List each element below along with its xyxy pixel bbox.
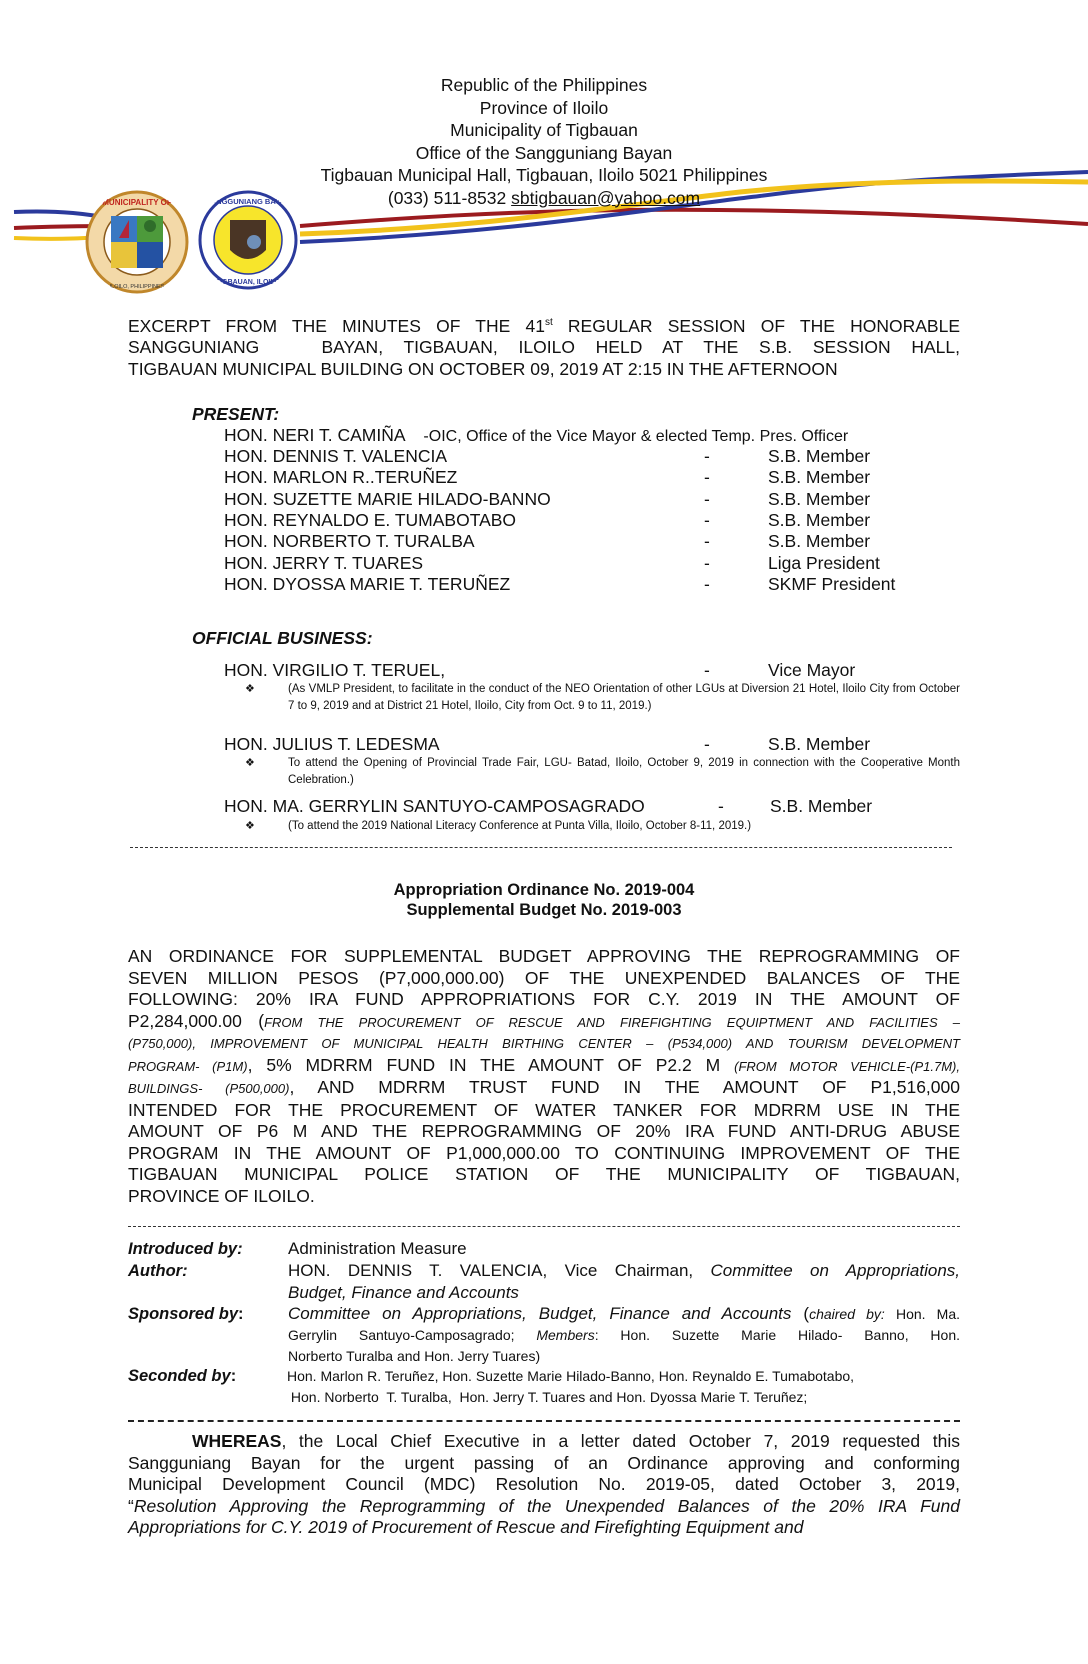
dashed-divider [128, 1420, 960, 1422]
excerpt-text: EXCERPT FROM THE MINUTES OF THE 41 [128, 316, 545, 336]
official-business-row: HON. JULIUS T. LEDESMA - S.B. Member [224, 734, 440, 755]
attendee-name: HON. DYOSSA MARIE T. TERUÑEZ [224, 574, 510, 594]
excerpt-heading: EXCERPT FROM THE MINUTES OF THE 41st REG… [128, 312, 960, 380]
separator-dash: - [704, 734, 710, 755]
official-business-row: HON. MA. GERRYLIN SANTUYO-CAMPOSAGRADO -… [224, 796, 645, 817]
attendee-row: HON. DENNIS T. VALENCIA-S.B. Member [224, 446, 447, 467]
attendee-name: HON. JERRY T. TUARES [224, 553, 423, 573]
note-text: (To attend the 2019 National Literacy Co… [288, 818, 960, 835]
ordinance-line: FOLLOWING: 20% IRA FUND APPROPRIATIONS F… [128, 989, 960, 1011]
separator-dash: - [704, 467, 710, 488]
member-name: HON. JULIUS T. LEDESMA [224, 734, 440, 754]
ordinance-note: BUILDINGS- (P500,000) [128, 1081, 289, 1096]
svg-text:TIGBAUAN, ILOILO: TIGBAUAN, ILOILO [216, 279, 281, 286]
separator-dash: - [718, 796, 724, 817]
attendee-name: HON. REYNALDO E. TUMABOTABO [224, 510, 516, 530]
letterhead: Republic of the Philippines Province of … [0, 74, 1088, 209]
ordinance-text: P2,284,000.00 ( [128, 1011, 264, 1031]
ordinance-line: AMOUNT OF P6 M AND THE REPROGRAMMING OF … [128, 1121, 960, 1143]
official-business-note: ❖ (As VMLP President, to facilitate in t… [248, 681, 960, 715]
attendee-role: SKMF President [768, 574, 895, 595]
author-name: HON. DENNIS T. VALENCIA, Vice Chairman, [288, 1261, 710, 1280]
diamond-bullet-icon: ❖ [245, 818, 255, 835]
attendee-role: Liga President [768, 553, 880, 574]
attendee-name: HON. SUZETTE MARIE HILADO-BANNO [224, 489, 551, 509]
separator-dash: - [704, 574, 710, 595]
ordinance-note: PROGRAM- (P1M) [128, 1059, 248, 1074]
contact-line: (033) 511-8532 sbtigbauan@yahoo.com [0, 187, 1088, 210]
attendee-role: S.B. Member [768, 467, 870, 488]
email-link[interactable]: sbtigbauan@yahoo.com [511, 188, 700, 208]
author-label: Author: [128, 1262, 188, 1281]
ordinance-line: PROGRAM- (P1M), 5% MDRRM FUND IN THE AMO… [128, 1055, 960, 1078]
attendee-role: S.B. Member [768, 446, 870, 467]
dashed-divider [128, 1226, 960, 1227]
ordinance-line: AN ORDINANCE FOR SUPPLEMENTAL BUDGET APP… [128, 946, 960, 968]
attendee-role: S.B. Member [768, 510, 870, 531]
letterhead-line: Tigbauan Municipal Hall, Tigbauan, Iloil… [0, 164, 1088, 187]
attendee-row: HON. DYOSSA MARIE T. TERUÑEZ-SKMF Presid… [224, 574, 510, 595]
attendee-row: HON. MARLON R..TERUÑEZ-S.B. Member [224, 467, 457, 488]
ordinance-text: , AND MDRRM TRUST FUND IN THE AMOUNT OF … [289, 1077, 960, 1097]
attendee-name: HON. DENNIS T. VALENCIA [224, 446, 447, 466]
note-text: (As VMLP President, to facilitate in the… [288, 681, 960, 715]
separator-dash: - [704, 660, 710, 681]
present-heading: PRESENT: [192, 404, 279, 425]
excerpt-text: TIGBAUAN MUNICIPAL BUILDING ON OCTOBER 0… [128, 359, 960, 381]
attendee-row: HON. SUZETTE MARIE HILADO-BANNO-S.B. Mem… [224, 489, 551, 510]
official-business-note: ❖ (To attend the 2019 National Literacy … [248, 818, 960, 835]
attendee-name: HON. MARLON R..TERUÑEZ [224, 467, 457, 487]
member-role: S.B. Member [768, 734, 870, 755]
ordinance-text: , 5% MDRRM FUND IN THE AMOUNT OF P2.2 M [248, 1055, 721, 1075]
attendee-row: HON. NERI T. CAMIÑA -OIC, Office of the … [224, 425, 848, 446]
separator-dash: - [704, 531, 710, 552]
phone-number: (033) 511-8532 [388, 188, 506, 208]
letterhead-line: Office of the Sangguniang Bayan [0, 142, 1088, 165]
ordinance-line: INTENDED FOR THE PROCUREMENT OF WATER TA… [128, 1100, 960, 1122]
ordinance-title: Appropriation Ordinance No. 2019-004 [0, 880, 1088, 900]
attendee-role: S.B. Member [768, 489, 870, 510]
ordinance-line: BUILDINGS- (P500,000), AND MDRRM TRUST F… [128, 1077, 960, 1100]
committee-name: Committee on Appropriations, [710, 1261, 960, 1280]
excerpt-text: SANGGUNIANG BAYAN, TIGBAUAN, ILOILO HELD… [128, 337, 960, 359]
member-name: HON. VIRGILIO T. TERUEL, [224, 660, 445, 680]
ordinance-note: FROM THE PROCUREMENT OF RESCUE AND FIREF… [264, 1015, 960, 1030]
note-text: To attend the Opening of Provincial Trad… [288, 755, 960, 789]
letterhead-line: Republic of the Philippines [0, 74, 1088, 97]
attendee-name: HON. NERI T. CAMIÑA [224, 425, 405, 445]
ordinance-line: PROVINCE OF ILOILO. [128, 1186, 960, 1208]
seconded-by-label: Seconded by: [128, 1367, 236, 1386]
member-name: HON. MA. GERRYLIN SANTUYO-CAMPOSAGRADO [224, 796, 645, 816]
whereas-clause: WHEREAS, the Local Chief Executive in a … [128, 1431, 960, 1539]
attendee-row: HON. JERRY T. TUARES-Liga President [224, 553, 423, 574]
official-business-row: HON. VIRGILIO T. TERUEL, - Vice Mayor [224, 660, 445, 681]
sponsored-by-label: Sponsored by: [128, 1305, 244, 1324]
ordinance-subtitle: Supplemental Budget No. 2019-003 [0, 900, 1088, 920]
ordinance-line: P2,284,000.00 (FROM THE PROCUREMENT OF R… [128, 1011, 960, 1034]
ordinance-line: TIGBAUAN MUNICIPAL POLICE STATION OF THE… [128, 1164, 960, 1186]
member-role: S.B. Member [770, 796, 872, 817]
seconded-by-value: Hon. Marlon R. Teruñez, Hon. Suzette Mar… [287, 1366, 959, 1408]
separator-dash: - [704, 510, 710, 531]
letterhead-line: Province of Iloilo [0, 97, 1088, 120]
attendee-row: HON. NORBERTO T. TURALBA-S.B. Member [224, 531, 475, 552]
separator-dash: - [704, 553, 710, 574]
official-business-heading: OFFICIAL BUSINESS: [192, 628, 373, 649]
whereas-lead: WHEREAS [192, 1431, 281, 1451]
dashed-divider [130, 847, 952, 848]
official-business-note: ❖ To attend the Opening of Provincial Tr… [248, 755, 960, 789]
committee-name: Budget, Finance and Accounts [288, 1282, 960, 1304]
svg-text:ILOILO, PHILIPPINES: ILOILO, PHILIPPINES [110, 284, 165, 290]
sponsored-by-value: Committee on Appropriations, Budget, Fin… [288, 1303, 960, 1367]
attendee-role: S.B. Member [768, 531, 870, 552]
excerpt-text: REGULAR SESSION OF THE HONORABLE [553, 316, 960, 336]
ordinal-suffix: st [545, 317, 553, 328]
separator-dash: - [704, 446, 710, 467]
ordinance-note: (FROM MOTOR VEHICLE-(P1.7M), [734, 1059, 960, 1074]
introduced-by-value: Administration Measure [288, 1238, 960, 1260]
ordinance-line: PROGRAM IN THE AMOUNT OF P1,000,000.00 T… [128, 1143, 960, 1165]
letterhead-line: Municipality of Tigbauan [0, 119, 1088, 142]
attendee-role: -OIC, Office of the Vice Mayor & elected… [423, 428, 848, 445]
diamond-bullet-icon: ❖ [245, 681, 255, 698]
ordinance-note: (P750,000), IMPROVEMENT OF MUNICIPAL HEA… [128, 1033, 960, 1055]
separator-dash: - [704, 489, 710, 510]
attendee-row: HON. REYNALDO E. TUMABOTABO-S.B. Member [224, 510, 516, 531]
member-role: Vice Mayor [768, 660, 855, 681]
committee-name: Committee on Appropriations, Budget, Fin… [288, 1304, 791, 1323]
introduced-by-label: Introduced by: [128, 1240, 243, 1259]
attendee-name: HON. NORBERTO T. TURALBA [224, 531, 475, 551]
author-value: HON. DENNIS T. VALENCIA, Vice Chairman, … [288, 1260, 960, 1303]
ordinance-line: SEVEN MILLION PESOS (P7,000,000.00) OF T… [128, 968, 960, 990]
diamond-bullet-icon: ❖ [245, 755, 255, 772]
ordinance-body: AN ORDINANCE FOR SUPPLEMENTAL BUDGET APP… [128, 946, 960, 1207]
